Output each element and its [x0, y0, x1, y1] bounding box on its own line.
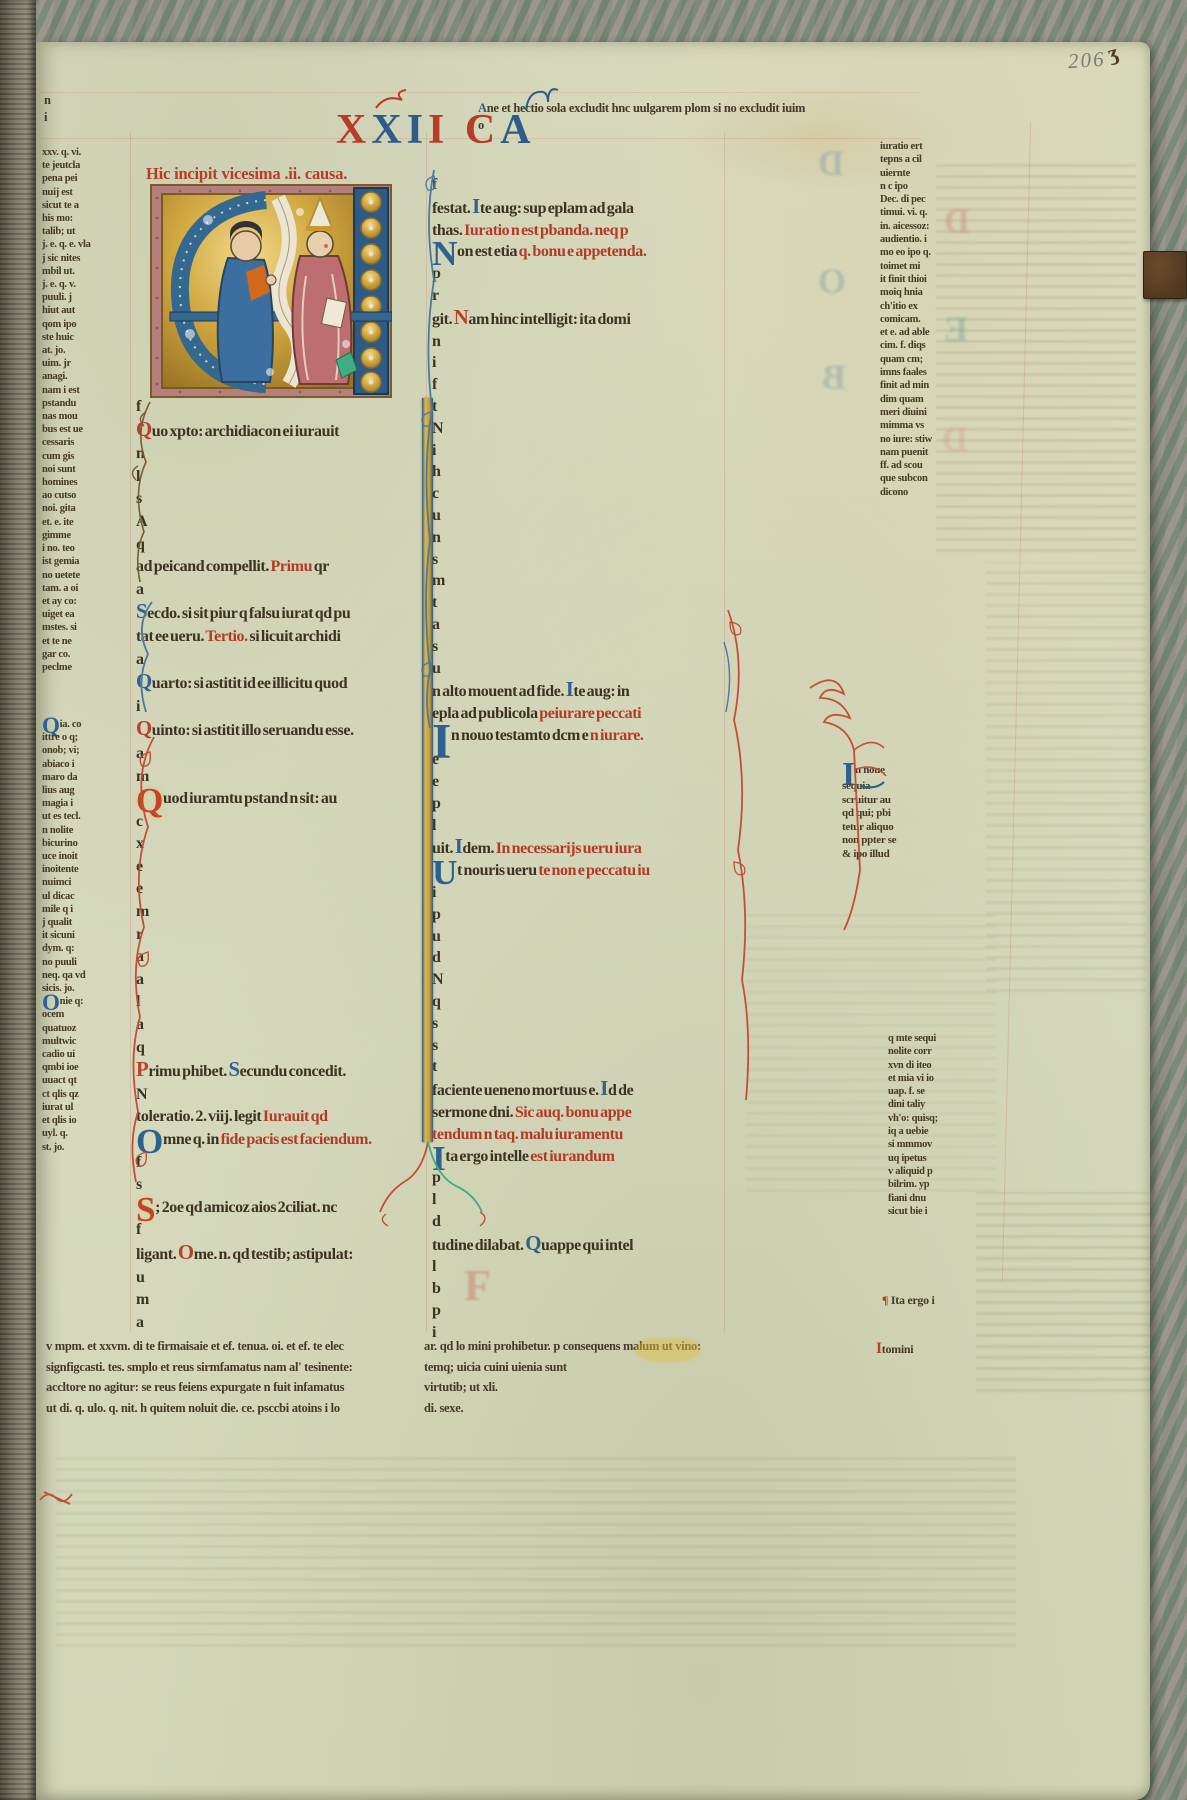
show-through-text — [986, 562, 1146, 992]
text-line: n — [136, 443, 372, 466]
show-through-letter: D — [942, 418, 968, 460]
text-line: u — [136, 1267, 372, 1290]
text-line: mo eo ipo q. — [880, 246, 932, 259]
text-line: no iure: stiw — [880, 433, 932, 446]
text-line: Quinto: si astitit illo seruandu esse. — [136, 718, 372, 743]
text-line: tat ee ueru. Tertio. si licuit archidi — [136, 626, 372, 649]
text-line: hiut aut — [42, 304, 91, 317]
text-line: e — [136, 878, 372, 901]
text-line: bilrim. yp — [888, 1178, 938, 1191]
text-line: mimma vs — [880, 419, 932, 432]
text-line: n — [44, 92, 51, 109]
text-line: c — [432, 483, 650, 505]
text-line: sicut bie i — [888, 1205, 938, 1218]
text-line: onob; vi; — [42, 744, 85, 757]
text-line: si mmmov — [888, 1138, 938, 1151]
right-margin-tomini: Itomini — [876, 1342, 913, 1356]
text-line: h — [432, 461, 650, 483]
text-line: uap. f. se — [888, 1085, 938, 1098]
text-line: j qualit — [42, 916, 85, 929]
text-line: moiq hnia — [880, 286, 932, 299]
text-line: j. e. q. v. — [42, 278, 91, 291]
show-through-text — [976, 1192, 1156, 1392]
text-line: n — [432, 331, 650, 353]
text-line: nuij est — [42, 186, 91, 199]
yellow-wash-mark — [636, 1338, 700, 1362]
text-line: toimet mi — [880, 260, 932, 273]
right-margin-ita-ergo: ¶ Ita ergo i — [882, 1294, 935, 1307]
text-line: N — [432, 418, 650, 440]
text-line: f — [432, 374, 650, 396]
left-margin-gloss-upper: xxv. q. vi.te jeutclapena peinuij estsic… — [42, 146, 91, 674]
text-line: ut es tecl. — [42, 810, 85, 823]
text-line: Primu phibet. Secundu concedit. — [136, 1059, 372, 1084]
text-line: r — [136, 924, 372, 947]
text-line: Dec. di pec — [880, 193, 932, 206]
text-line: nuimci — [42, 876, 85, 889]
text-line: no puuli — [42, 956, 85, 969]
text-line: i — [432, 882, 650, 904]
text-line: n c ipo — [880, 180, 932, 193]
text-line: d — [432, 947, 650, 969]
text-line: Onie q: — [42, 995, 85, 1008]
text-line: homines — [42, 476, 91, 489]
incipit-rubric: Hic incipit vicesima .ii. causa. — [146, 164, 347, 184]
illuminated-initial-miniature — [150, 184, 392, 398]
show-through-letter: D — [944, 200, 970, 242]
text-line: Quarto: si astitit id ee illicitu quod — [136, 671, 372, 696]
text-line: tam. a oi — [42, 582, 91, 595]
text-line: v aliquid p — [888, 1165, 938, 1178]
text-line: m — [136, 766, 372, 789]
text-line: nolite corr — [888, 1045, 938, 1058]
text-line: mile q i — [42, 903, 85, 916]
show-through-letter: O — [818, 260, 846, 302]
text-line: S; 2oe qd amicoz aios 2ciliat. nc — [136, 1197, 372, 1220]
text-line: lius aug — [42, 784, 85, 797]
text-line: talib; ut — [42, 225, 91, 238]
text-line: toleratio. 2. viij. legit Iurauit qd — [136, 1106, 372, 1129]
text-line: ste huic — [42, 331, 91, 344]
text-line: nam i est — [42, 384, 91, 397]
text-line: a — [136, 649, 372, 672]
text-line: et qlis io — [42, 1114, 85, 1127]
text-line: timui. vi. q. — [880, 206, 932, 219]
text-line: q — [136, 534, 372, 557]
text-line: et te ne — [42, 635, 91, 648]
text-line: uuact qt — [42, 1074, 85, 1087]
top-note-left: ni — [44, 92, 51, 126]
text-line: comicam. — [880, 313, 932, 326]
text-line: uyl. q. — [42, 1127, 85, 1140]
text-line: q mte sequi — [888, 1032, 938, 1045]
text-line: magia i — [42, 797, 85, 810]
text-line: Omne q. in fide pacis est faciendum. — [136, 1129, 372, 1152]
text-line: Qia. co — [42, 718, 85, 731]
text-line: f — [136, 396, 372, 419]
penwork-flourish-bar-end — [376, 1136, 496, 1236]
text-line: e — [432, 749, 650, 771]
text-line: Quo xpto: archidiacon ei iurauit — [136, 419, 372, 444]
text-line: a — [136, 1312, 372, 1335]
text-line: Non est etia q. bonu e appetenda. — [432, 241, 650, 263]
text-line: git. Nam hinc intelligit: ita domi — [432, 307, 650, 331]
text-line: mstes. si — [42, 621, 91, 634]
text-line: i — [44, 109, 51, 126]
text-line: uce inoit — [42, 850, 85, 863]
text-line: multwic — [42, 1035, 85, 1048]
penwork-flourish-gloss-initial — [800, 658, 890, 938]
text-line: u — [432, 926, 650, 948]
penwork-flourish-right-of-col2 — [714, 602, 756, 1122]
right-margin-gloss-upper: iuratio erttepns a ciluiernten c ipoDec.… — [880, 140, 932, 499]
text-line: f — [136, 1152, 372, 1175]
text-line: A — [136, 511, 372, 534]
text-line: s — [432, 636, 650, 658]
text-line: j sic nites — [42, 252, 91, 265]
text-line: epla ad publicola peiurare peccati — [432, 703, 650, 725]
show-through-letter: B — [822, 356, 846, 398]
text-line: a — [136, 579, 372, 602]
manuscript-page: DEDDOB 206 ʒ ni Ane et hectio sola exclu… — [36, 42, 1150, 1800]
penwork-flourish-left-of-col2 — [416, 162, 446, 732]
text-line: i no. teo — [42, 542, 91, 555]
bottom-note-left: v mpm. et xxvm. di te firmaisaie et ef. … — [46, 1336, 353, 1418]
text-line: quatuoz — [42, 1022, 85, 1035]
text-line: finit ad min — [880, 379, 932, 392]
text-line: uiget ea — [42, 608, 91, 621]
text-line: q — [432, 991, 650, 1013]
text-line: t — [432, 1056, 650, 1078]
text-line: qmbi ioe — [42, 1061, 85, 1074]
penwork-flourish-left-of-col1 — [120, 392, 164, 1212]
faint-red-letter: F — [464, 1260, 491, 1311]
text-line: signfigcasti. tes. smplo et reus sirmfam… — [46, 1357, 353, 1378]
text-line: ¶ Ita ergo i — [882, 1294, 935, 1307]
text-line: fiani dnu — [888, 1192, 938, 1205]
text-line: dicono — [880, 486, 932, 499]
text-line: N — [136, 1084, 372, 1107]
text-line: ut di. q. ulo. q. nit. h quitem noluit d… — [46, 1398, 353, 1419]
text-line: quam cm; — [880, 353, 932, 366]
text-line: pena pei — [42, 172, 91, 185]
text-line: a — [136, 743, 372, 766]
text-line: r — [432, 285, 650, 307]
text-line: uit. Idem. In necessarijs ueru iura — [432, 836, 650, 860]
text-line: et. e. ite — [42, 516, 91, 529]
text-line: virtutib; ut xli. — [424, 1377, 701, 1398]
text-line: ct qlis qz — [42, 1088, 85, 1101]
text-line: que subcon — [880, 472, 932, 485]
text-line: et e. ad able — [880, 326, 932, 339]
text-line: ist gemia — [42, 555, 91, 568]
text-line: x — [136, 833, 372, 856]
text-line: e — [432, 771, 650, 793]
text-line: tepns a cil — [880, 153, 932, 166]
text-line: ch'itio ex — [880, 300, 932, 313]
text-line: xxv. q. vi. — [42, 146, 91, 159]
text-line: et ay co: — [42, 595, 91, 608]
text-line: noi. gita — [42, 502, 91, 515]
heading-flourish — [366, 88, 626, 114]
text-line: i — [432, 352, 650, 374]
text-line: dini taliy — [888, 1098, 938, 1111]
text-line: s — [432, 549, 650, 571]
text-line: u — [432, 505, 650, 527]
show-through-text — [746, 912, 996, 1192]
text-line: gar co. — [42, 648, 91, 661]
text-line: s — [136, 1174, 372, 1197]
text-line: e — [136, 856, 372, 879]
text-line: pstandu — [42, 397, 91, 410]
show-through-letter: D — [818, 142, 844, 184]
left-margin-gloss-lower: Qia. coittre o q;onob; vi;abiaco imaro d… — [42, 718, 85, 1154]
text-line: xvn di iteo — [888, 1059, 938, 1072]
text-line: maro da — [42, 771, 85, 784]
text-line: p — [432, 793, 650, 815]
text-line: st. jo. — [42, 1141, 85, 1154]
text-line: a — [136, 1014, 372, 1037]
text-line: f — [432, 174, 650, 196]
text-line: noi sunt — [42, 463, 91, 476]
text-line: sicut te a — [42, 199, 91, 212]
text-line: inoitente — [42, 863, 85, 876]
text-line: ittre o q; — [42, 731, 85, 744]
text-line: t — [432, 592, 650, 614]
text-line: n — [432, 527, 650, 549]
text-line: faciente ueneno mortuus e. Id de — [432, 1078, 650, 1102]
text-line: ao cutso — [42, 489, 91, 502]
text-line: iuratio ert — [880, 140, 932, 153]
show-through-text — [56, 1457, 1016, 1647]
text-line: Secdo. si sit piur q falsu iurat qd pu — [136, 601, 372, 626]
text-line: c — [136, 811, 372, 834]
text-line: no uetete — [42, 569, 91, 582]
text-line: neq. qa vd — [42, 969, 85, 982]
text-line: Itomini — [876, 1342, 913, 1356]
text-line: vh'o: quisq; — [888, 1112, 938, 1125]
text-line: a — [136, 969, 372, 992]
text-line: In nouo testamto dcm e n iurare. — [432, 725, 650, 749]
text-line: iq a uebie — [888, 1125, 938, 1138]
text-line: his mo: — [42, 212, 91, 225]
text-line: imns faales — [880, 366, 932, 379]
text-line: f — [136, 1219, 372, 1242]
text-line: cim. f. diqs — [880, 339, 932, 352]
text-line: meri diuini — [880, 406, 932, 419]
text-line: sermone dni. Sic auq. bonu appe — [432, 1102, 650, 1124]
text-line: nam puenit — [880, 446, 932, 459]
text-line: i — [136, 696, 372, 719]
text-line: ocem — [42, 1008, 85, 1021]
text-line: l — [136, 466, 372, 489]
text-line: m — [432, 570, 650, 592]
text-line: uiernte — [880, 167, 932, 180]
text-line: Quod iuramtu pstand n sit: au — [136, 788, 372, 811]
text-line: v mpm. et xxvm. di te firmaisaie et ef. … — [46, 1336, 353, 1357]
text-line: cadio ui — [42, 1048, 85, 1061]
leather-index-tab — [1143, 251, 1187, 299]
text-line: p — [432, 904, 650, 926]
red-scribble-mark — [36, 1486, 82, 1508]
text-line: dym. q: — [42, 942, 85, 955]
text-line: abiaco i — [42, 758, 85, 771]
text-line: accltore no agitur: se reus feiens expur… — [46, 1377, 353, 1398]
show-through-letter: E — [944, 308, 968, 350]
text-line: i — [432, 440, 650, 462]
text-line: anagi. — [42, 370, 91, 383]
text-line: puuli. j — [42, 291, 91, 304]
text-line: m — [136, 1289, 372, 1312]
text-line: t — [432, 396, 650, 418]
text-line: uq ipetus — [888, 1152, 938, 1165]
text-line: tudine dilabat. Quappe qui intel — [432, 1233, 650, 1257]
text-line: it finit thioi — [880, 273, 932, 286]
text-line: u — [432, 658, 650, 680]
text-line: uim. jr — [42, 357, 91, 370]
text-line: te jeutcla — [42, 159, 91, 172]
book-spine-page-edges — [0, 0, 36, 1800]
text-line: mbil ut. — [42, 265, 91, 278]
text-line: gimme — [42, 529, 91, 542]
text-line: q — [136, 1037, 372, 1060]
text-line: ligant. Ome. n. qd testib; astipulat: — [136, 1242, 372, 1267]
manuscript-photo: DEDDOB 206 ʒ ni Ane et hectio sola exclu… — [0, 0, 1187, 1800]
text-line: s — [136, 488, 372, 511]
text-line: dim quam — [880, 393, 932, 406]
text-line: nas mou — [42, 410, 91, 423]
text-line: m — [136, 901, 372, 924]
text-line: et mia vi io — [888, 1072, 938, 1085]
text-line: a — [432, 614, 650, 636]
text-line: bicurino — [42, 837, 85, 850]
text-line: n alto mouent ad fide. Ite aug: in — [432, 679, 650, 703]
text-line: s — [432, 1013, 650, 1035]
text-line: ff. ad scou — [880, 459, 932, 472]
text-line: a — [136, 946, 372, 969]
text-line: ul dicac — [42, 890, 85, 903]
text-line: audientio. i — [880, 233, 932, 246]
text-line: festat. Ite aug: sup eplam ad gala — [432, 196, 650, 220]
text-line: N — [432, 969, 650, 991]
text-line: n nolite — [42, 824, 85, 837]
text-line: cum gis — [42, 450, 91, 463]
text-line: qom ipo — [42, 318, 91, 331]
text-line: at. jo. — [42, 344, 91, 357]
text-line: p — [432, 263, 650, 285]
text-line: iurat ul — [42, 1101, 85, 1114]
text-line: thas. Iuratio n est pbanda. neq p — [432, 220, 650, 242]
text-line: peclme — [42, 661, 91, 674]
main-column-left: fQuo xpto: archidiacon ei iurauitnlsAqad… — [136, 396, 372, 1334]
text-line: l — [136, 991, 372, 1014]
ink-mark: ʒ — [1105, 39, 1121, 67]
text-line: it sicuni — [42, 929, 85, 942]
text-line: in. aicessoz: — [880, 220, 932, 233]
text-line: di. sexe. — [424, 1398, 701, 1419]
text-line: cessaris — [42, 436, 91, 449]
text-line: ad peicand compellit. Primu qr — [136, 556, 372, 579]
text-line: Ut nouris ueru te non e peccatu iu — [432, 860, 650, 882]
text-line: s — [432, 1035, 650, 1057]
text-line: l — [432, 815, 650, 837]
right-margin-gloss-lower: q mte sequinolite corrxvn di iteoet mia … — [888, 1032, 938, 1218]
text-line: bus est ue — [42, 423, 91, 436]
folio-number-pencil: 206 — [1067, 47, 1106, 75]
text-line: j. e. q. e. vla — [42, 238, 91, 251]
